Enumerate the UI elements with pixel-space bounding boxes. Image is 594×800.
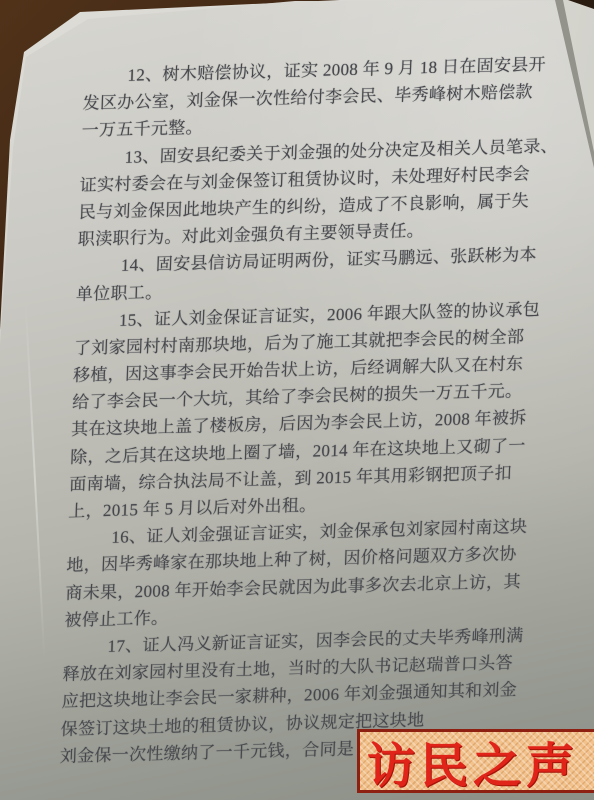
watermark-badge: 访民之声 (357, 729, 594, 793)
watermark-text: 访民之声 (367, 729, 579, 793)
document-text: 12、树木赔偿协议，证实 2008 年 9 月 18 日在固安县开发区办公室，刘… (59, 51, 559, 770)
document-photo: 12、树木赔偿协议，证实 2008 年 9 月 18 日在固安县开发区办公室，刘… (0, 0, 594, 800)
